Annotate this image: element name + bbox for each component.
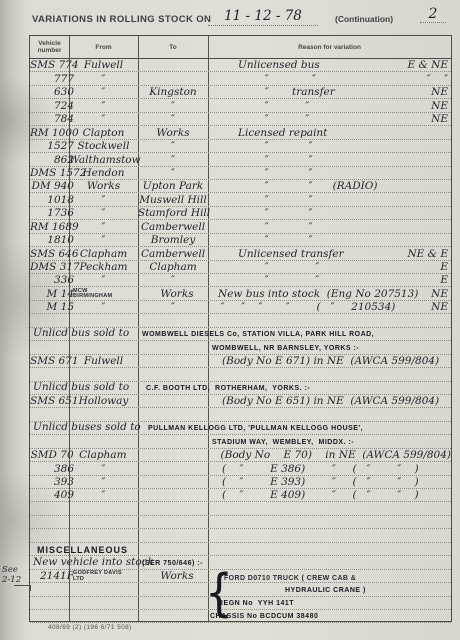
vehicle-number-cell: SMS 774 bbox=[30, 59, 74, 71]
row-text: (SER 750/646) :- bbox=[142, 560, 203, 568]
table-row: 1810″Bromley ″ ″ bbox=[30, 234, 451, 247]
from-cell: ″ bbox=[69, 463, 138, 475]
to-cell: Muswell Hill bbox=[138, 194, 208, 206]
reason-cell: (Body No E 70) in NE (AWCA 599/804) bbox=[207, 449, 452, 461]
from-cell: ″ bbox=[69, 274, 138, 286]
table-row: 862Walthamstow″ ″ ″ bbox=[30, 153, 451, 166]
table-row: CHASSIS No BCDCUM 38480 bbox=[30, 610, 451, 623]
to-cell: Kingston bbox=[138, 86, 208, 98]
handwritten-date: 11 - 12 - 78 bbox=[208, 8, 318, 26]
reason-cell: ″ ″ bbox=[208, 154, 451, 166]
from-cell: ″ bbox=[69, 221, 138, 233]
table-row: REGN No YYH 141T bbox=[30, 597, 451, 610]
from-cell: Peckham bbox=[69, 261, 138, 273]
from-cell: ″ bbox=[69, 476, 138, 488]
to-cell: ″ bbox=[138, 274, 208, 286]
table-row: STADIUM WAY, WEMBLEY, MIDDX. :- bbox=[30, 435, 451, 448]
row-text: Unlicd bus sold to bbox=[33, 381, 129, 393]
to-cell: ″ bbox=[138, 113, 208, 125]
table-row: Unlicd buses sold toPULLMAN KELLOGG LTD,… bbox=[30, 422, 451, 435]
table-row: WOMBWELL, NR BARNSLEY, YORKS :- bbox=[30, 341, 451, 354]
to-cell: Stamford Hill bbox=[138, 207, 208, 219]
row-text: MISCELLANEOUS bbox=[37, 546, 128, 554]
reason-cell: ″ ″ bbox=[208, 234, 451, 246]
from-cell: Clapton bbox=[69, 127, 138, 139]
row-text: PULLMAN KELLOGG LTD, 'PULLMAN KELLOGG HO… bbox=[148, 425, 363, 433]
variation-code: NE bbox=[431, 288, 448, 300]
table-row bbox=[30, 529, 451, 542]
vehicle-number-cell: SMS 646 bbox=[30, 248, 74, 260]
table-row: 2141FGODFREY DAVIS LTDWorksFORD D0710 TR… bbox=[30, 570, 451, 583]
reason-cell: ( ″ E 386) ″ ( ″ ″ ) bbox=[208, 463, 451, 475]
variation-code: NE bbox=[431, 86, 448, 98]
table-row bbox=[30, 368, 451, 381]
to-cell: ″ bbox=[138, 154, 208, 166]
table-row bbox=[30, 516, 451, 529]
reason-cell: FORD D0710 TRUCK ( CREW CAB & bbox=[212, 575, 451, 582]
table-header-row: Vehicle number From To Reason for variat… bbox=[30, 36, 451, 59]
table-row: 1018″Muswell Hill ″ ″ bbox=[30, 193, 451, 206]
table-row: DM 940WorksUpton Park ″ ″ (RADIO) bbox=[30, 180, 451, 193]
header-to: To bbox=[138, 44, 208, 51]
from-cell: Clapham bbox=[69, 449, 137, 461]
from-cell: ″ bbox=[69, 234, 138, 246]
vehicle-number-cell: 393 bbox=[30, 476, 74, 488]
vehicle-number-cell: 1810 bbox=[30, 234, 74, 246]
table-row: 1736″Stamford Hill ″ ″ bbox=[30, 207, 451, 220]
vehicle-number-cell: SMS 651 bbox=[30, 395, 74, 407]
row-text: C.F. BOOTH LTD, ROTHERHAM, YORKS. :- bbox=[146, 385, 310, 393]
from-cell: Stockwell bbox=[69, 140, 138, 152]
to-cell: Upton Park bbox=[138, 180, 208, 192]
from-cell: MCW BIRMINGHAM bbox=[69, 289, 142, 300]
reason-cell: ″ ″E bbox=[208, 274, 451, 286]
row-text: WOMBWELL DIESELS Co, STATION VILLA, PARK… bbox=[142, 331, 374, 339]
vehicle-number-cell: 1018 bbox=[30, 194, 74, 206]
margin-note: See 2-12 bbox=[2, 565, 21, 585]
variation-code: E bbox=[440, 261, 448, 273]
vehicle-number-cell: 784 bbox=[30, 113, 74, 125]
to-cell: ″ bbox=[138, 140, 208, 152]
vehicle-number-cell: DMS 317 bbox=[30, 261, 74, 273]
reason-cell: Unlicensed transferNE & E bbox=[208, 248, 451, 260]
page-number: 2 bbox=[420, 6, 446, 23]
vehicle-number-cell: 777 bbox=[30, 73, 74, 85]
from-cell: ″ bbox=[69, 73, 138, 85]
from-cell: ″ bbox=[69, 207, 138, 219]
from-cell: ″ bbox=[69, 100, 138, 112]
reason-cell: ″ ″ bbox=[208, 207, 451, 219]
reason-cell: ″ ″NE bbox=[208, 113, 451, 125]
vehicle-number-cell: DM 940 bbox=[30, 180, 74, 192]
vehicle-number-cell: M 15 bbox=[30, 301, 74, 313]
table-row: M 14MCW BIRMINGHAMWorksNew bus into stoc… bbox=[30, 287, 451, 300]
from-cell: Works bbox=[69, 180, 138, 192]
from-cell: ″ bbox=[69, 113, 138, 125]
table-row: RM 1689″Camberwell ″ ″ bbox=[30, 220, 451, 233]
table-row: DMS 1572Hendon″ ″ ″ bbox=[30, 167, 451, 180]
to-cell: ″ bbox=[138, 100, 208, 112]
reason-cell: New bus into stock (Eng No 207513)NE bbox=[212, 288, 451, 300]
reason-cell: (Body No E 651) in NE (AWCA 599/804) bbox=[208, 395, 451, 407]
table-row: 777″ ″ ″″ ″ bbox=[30, 72, 451, 85]
from-cell: ″ bbox=[69, 301, 138, 313]
vehicle-number-cell: 336 bbox=[30, 274, 74, 286]
reason-cell: ″ ″ (RADIO) bbox=[208, 180, 451, 192]
reason-cell: (Body No E 671) in NE (AWCA 599/804) bbox=[208, 355, 451, 367]
table-row: HYDRAULIC CRANE ) bbox=[30, 583, 451, 596]
table-row: New vehicle into stock(SER 750/646) :- bbox=[30, 556, 451, 569]
reason-cell: ″ ″ bbox=[208, 167, 451, 179]
table-row: 784″″ ″ ″NE bbox=[30, 113, 451, 126]
row-text: New vehicle into stock bbox=[33, 556, 154, 568]
variation-code: NE bbox=[431, 301, 448, 313]
reason-cell: Unlicensed busE & NE bbox=[208, 59, 451, 71]
from-cell: Fulwell bbox=[69, 59, 138, 71]
variation-code: ″ ″ bbox=[427, 73, 448, 85]
row-text: Unlicd bus sold to bbox=[33, 327, 129, 339]
reason-cell: ″ ″ bbox=[208, 194, 451, 206]
reason-cell: ″ ″E bbox=[208, 261, 451, 273]
reason-cell: ″ ″″ ″ bbox=[208, 73, 451, 85]
header-from: From bbox=[69, 44, 138, 51]
table-row: SMD 70Clapham(Body No E 70) in NE (AWCA … bbox=[30, 449, 451, 462]
table-row bbox=[30, 408, 451, 421]
table-row: Unlicd bus sold toC.F. BOOTH LTD, ROTHER… bbox=[30, 382, 451, 395]
vehicle-number-cell: 724 bbox=[30, 100, 74, 112]
reason-cell: Licensed repaint bbox=[208, 127, 451, 139]
table-row: SMS 774FulwellUnlicensed busE & NE bbox=[30, 59, 451, 72]
from-cell: Walthamstow bbox=[69, 154, 138, 166]
vehicle-number-cell: 386 bbox=[30, 463, 74, 475]
vehicle-number-cell: DMS 1572 bbox=[30, 167, 74, 179]
vehicle-number-cell: 409 bbox=[30, 489, 74, 501]
to-cell: Bromley bbox=[138, 234, 208, 246]
from-cell: Clapham bbox=[69, 248, 138, 260]
row-text: WOMBWELL, NR BARNSLEY, YORKS :- bbox=[212, 345, 359, 353]
table-row: RM 1000ClaptonWorksLicensed repaint bbox=[30, 126, 451, 139]
scanned-document-page: VARIATIONS IN ROLLING STOCK ON 11 - 12 -… bbox=[0, 0, 460, 640]
vehicle-number-cell: 1527 bbox=[30, 140, 74, 152]
reason-cell: ( ″ E 409) ″ ( ″ ″ ) bbox=[208, 489, 451, 501]
continuation-label: (Continuation) bbox=[335, 14, 393, 24]
from-cell: ″ bbox=[69, 194, 138, 206]
vehicle-number-cell: M 14 bbox=[30, 288, 74, 300]
from-cell: Hendon bbox=[69, 167, 138, 179]
vehicle-number-cell: 630 bbox=[30, 86, 74, 98]
table-row: SMS 646ClaphamCamberwellUnlicensed trans… bbox=[30, 247, 451, 260]
variation-code: NE bbox=[431, 113, 448, 125]
table-row: M 15″″ ″ ″ ″ ″ ( ″ 210534)NE bbox=[30, 301, 451, 314]
from-cell: Holloway bbox=[69, 395, 138, 407]
table-row: SMS 651Holloway(Body No E 651) in NE (AW… bbox=[30, 395, 451, 408]
from-cell: ″ bbox=[69, 86, 138, 98]
table-row: 1527Stockwell″ ″ ″ bbox=[30, 140, 451, 153]
table-row: 630″Kingston ″ transferNE bbox=[30, 86, 451, 99]
reason-cell: ″ transferNE bbox=[208, 86, 451, 98]
from-cell: Fulwell bbox=[69, 355, 138, 367]
to-cell: ″ bbox=[138, 301, 208, 313]
to-cell: Clapham bbox=[138, 261, 208, 273]
table-row: MISCELLANEOUS bbox=[30, 543, 451, 556]
table-row: 336″″ ″ ″E bbox=[30, 274, 451, 287]
table-row: SMS 671Fulwell(Body No E 671) in NE (AWC… bbox=[30, 355, 451, 368]
vehicle-number-cell: SMS 671 bbox=[30, 355, 74, 367]
to-cell: Camberwell bbox=[138, 221, 208, 233]
reason-cell: ″ ″ bbox=[208, 140, 451, 152]
vehicle-number-cell: SMD 70 bbox=[30, 449, 74, 461]
reason-cell: ″ ″ bbox=[208, 221, 451, 233]
table-row: 724″″ ″ ″NE bbox=[30, 99, 451, 112]
reason-cell: ( ″ E 393) ″ ( ″ ″ ) bbox=[208, 476, 451, 488]
reason-cell: ″ ″ ″ ″ ( ″ 210534)NE bbox=[208, 301, 451, 313]
table-row: Unlicd bus sold toWOMBWELL DIESELS Co, S… bbox=[30, 328, 451, 341]
variation-code: E & NE bbox=[407, 59, 448, 71]
row-text: Unlicd buses sold to bbox=[33, 421, 141, 433]
to-cell: Works bbox=[142, 288, 212, 300]
table-row bbox=[30, 502, 451, 515]
to-cell: Works bbox=[138, 127, 208, 139]
vehicle-number-cell: 2141F bbox=[30, 570, 74, 582]
from-cell: ″ bbox=[69, 489, 138, 501]
to-cell: Camberwell bbox=[138, 248, 208, 260]
table-row bbox=[30, 314, 451, 327]
rolling-stock-table: Vehicle number From To Reason for variat… bbox=[29, 35, 452, 622]
form-reference-footer: 408/69 (2) (196 6/71 508) bbox=[48, 624, 132, 631]
table-row: 393″( ″ E 393) ″ ( ″ ″ ) bbox=[30, 476, 451, 489]
to-cell: ″ bbox=[138, 167, 208, 179]
vehicle-number-cell: 1736 bbox=[30, 207, 74, 219]
to-cell: Works bbox=[142, 570, 212, 582]
header-reason: Reason for variation bbox=[208, 44, 451, 51]
grouping-brace: { bbox=[205, 564, 233, 623]
row-text: HYDRAULIC CRANE ) bbox=[285, 587, 366, 595]
table-row: DMS 317PeckhamClapham ″ ″E bbox=[30, 261, 451, 274]
reason-cell: ″ ″NE bbox=[208, 100, 451, 112]
form-title: VARIATIONS IN ROLLING STOCK ON bbox=[32, 14, 211, 25]
table-body: SMS 774FulwellUnlicensed busE & NE777″ ″… bbox=[30, 59, 451, 623]
vehicle-number-cell: RM 1689 bbox=[30, 221, 74, 233]
variation-code: NE bbox=[431, 100, 448, 112]
vehicle-number-cell: 862 bbox=[30, 154, 74, 166]
table-row: 386″( ″ E 386) ″ ( ″ ″ ) bbox=[30, 462, 451, 475]
row-text: STADIUM WAY, WEMBLEY, MIDDX. :- bbox=[212, 439, 354, 447]
document-header: VARIATIONS IN ROLLING STOCK ON 11 - 12 -… bbox=[0, 8, 460, 32]
vehicle-number-cell: RM 1000 bbox=[30, 127, 74, 139]
header-vehicle-number: Vehicle number bbox=[30, 40, 69, 54]
variation-code: E bbox=[440, 274, 448, 286]
variation-code: NE & E bbox=[407, 248, 448, 260]
from-cell: GODFREY DAVIS LTD bbox=[69, 571, 142, 582]
table-row: 409″( ″ E 409) ″ ( ″ ″ ) bbox=[30, 489, 451, 502]
